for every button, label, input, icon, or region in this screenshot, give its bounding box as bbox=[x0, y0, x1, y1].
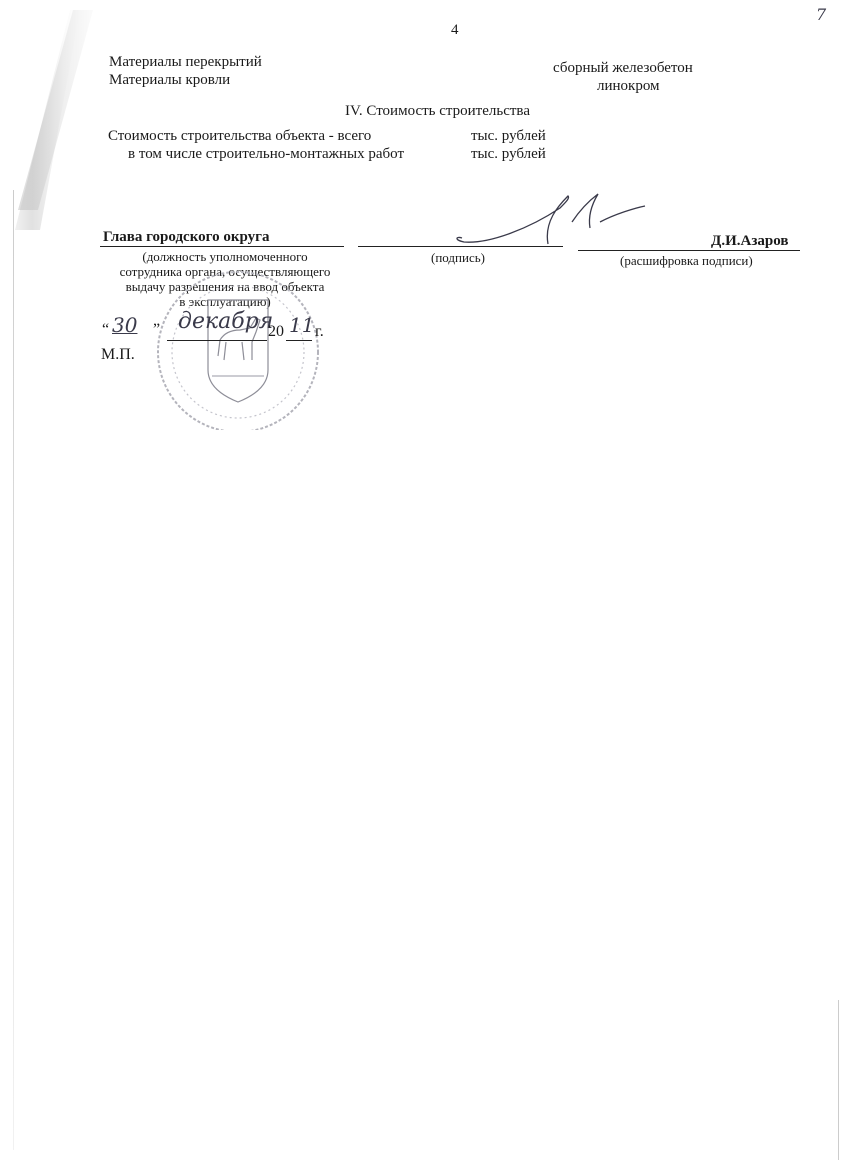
position-caption-line: сотрудника органа, осуществляющего bbox=[100, 264, 350, 279]
signature-caption: (подпись) bbox=[431, 250, 485, 265]
date-month: декабря bbox=[178, 313, 273, 330]
cost-total-label: Стоимость строительства объекта - всего bbox=[108, 128, 371, 145]
position-caption-line: выдачу разрешения на ввод объекта bbox=[100, 279, 350, 294]
cost-smr-label: в том числе строительно-монтажных работ bbox=[128, 146, 404, 163]
name-caption: (расшифровка подписи) bbox=[620, 253, 753, 268]
handwritten-signature bbox=[440, 188, 660, 250]
roof-materials-label: Материалы кровли bbox=[109, 72, 230, 89]
position-caption-line: в эксплуатацию) bbox=[100, 294, 350, 309]
cost-total-unit: тыс. рублей bbox=[471, 128, 546, 145]
scan-fold-shadow bbox=[8, 10, 93, 210]
section-title: IV. Стоимость строительства bbox=[345, 103, 530, 120]
date-close-quote: ” bbox=[153, 321, 160, 338]
signatory-name: Д.И.Азаров bbox=[711, 233, 788, 250]
date-year-prefix: 20 bbox=[268, 323, 284, 340]
date-open-quote: “ bbox=[102, 321, 109, 338]
seal-label: М.П. bbox=[101, 346, 135, 363]
month-underline bbox=[167, 340, 267, 341]
date-year-unit: г. bbox=[315, 323, 324, 340]
roof-materials-value: линокром bbox=[597, 78, 660, 95]
position-caption: (должность уполномоченного сотрудника ор… bbox=[100, 249, 350, 309]
cost-smr-unit: тыс. рублей bbox=[471, 146, 546, 163]
page-number: 4 bbox=[451, 22, 459, 39]
name-underline bbox=[578, 250, 800, 251]
signatory-position: Глава городского округа bbox=[103, 229, 269, 246]
position-caption-line: (должность уполномоченного bbox=[100, 249, 350, 264]
floor-materials-label: Материалы перекрытий bbox=[109, 54, 262, 71]
position-underline bbox=[100, 246, 344, 247]
scan-edge-line bbox=[838, 1000, 839, 1160]
sheet-number-handwritten: 7 bbox=[816, 6, 826, 23]
year-underline bbox=[286, 340, 312, 341]
document-page: 4 7 Материалы перекрытий Материалы кровл… bbox=[0, 0, 850, 1169]
date-day: 30 bbox=[112, 317, 137, 334]
scan-edge-line bbox=[13, 190, 14, 1150]
date-year-suffix: 11 bbox=[289, 317, 314, 334]
floor-materials-value: сборный железобетон bbox=[553, 60, 693, 77]
